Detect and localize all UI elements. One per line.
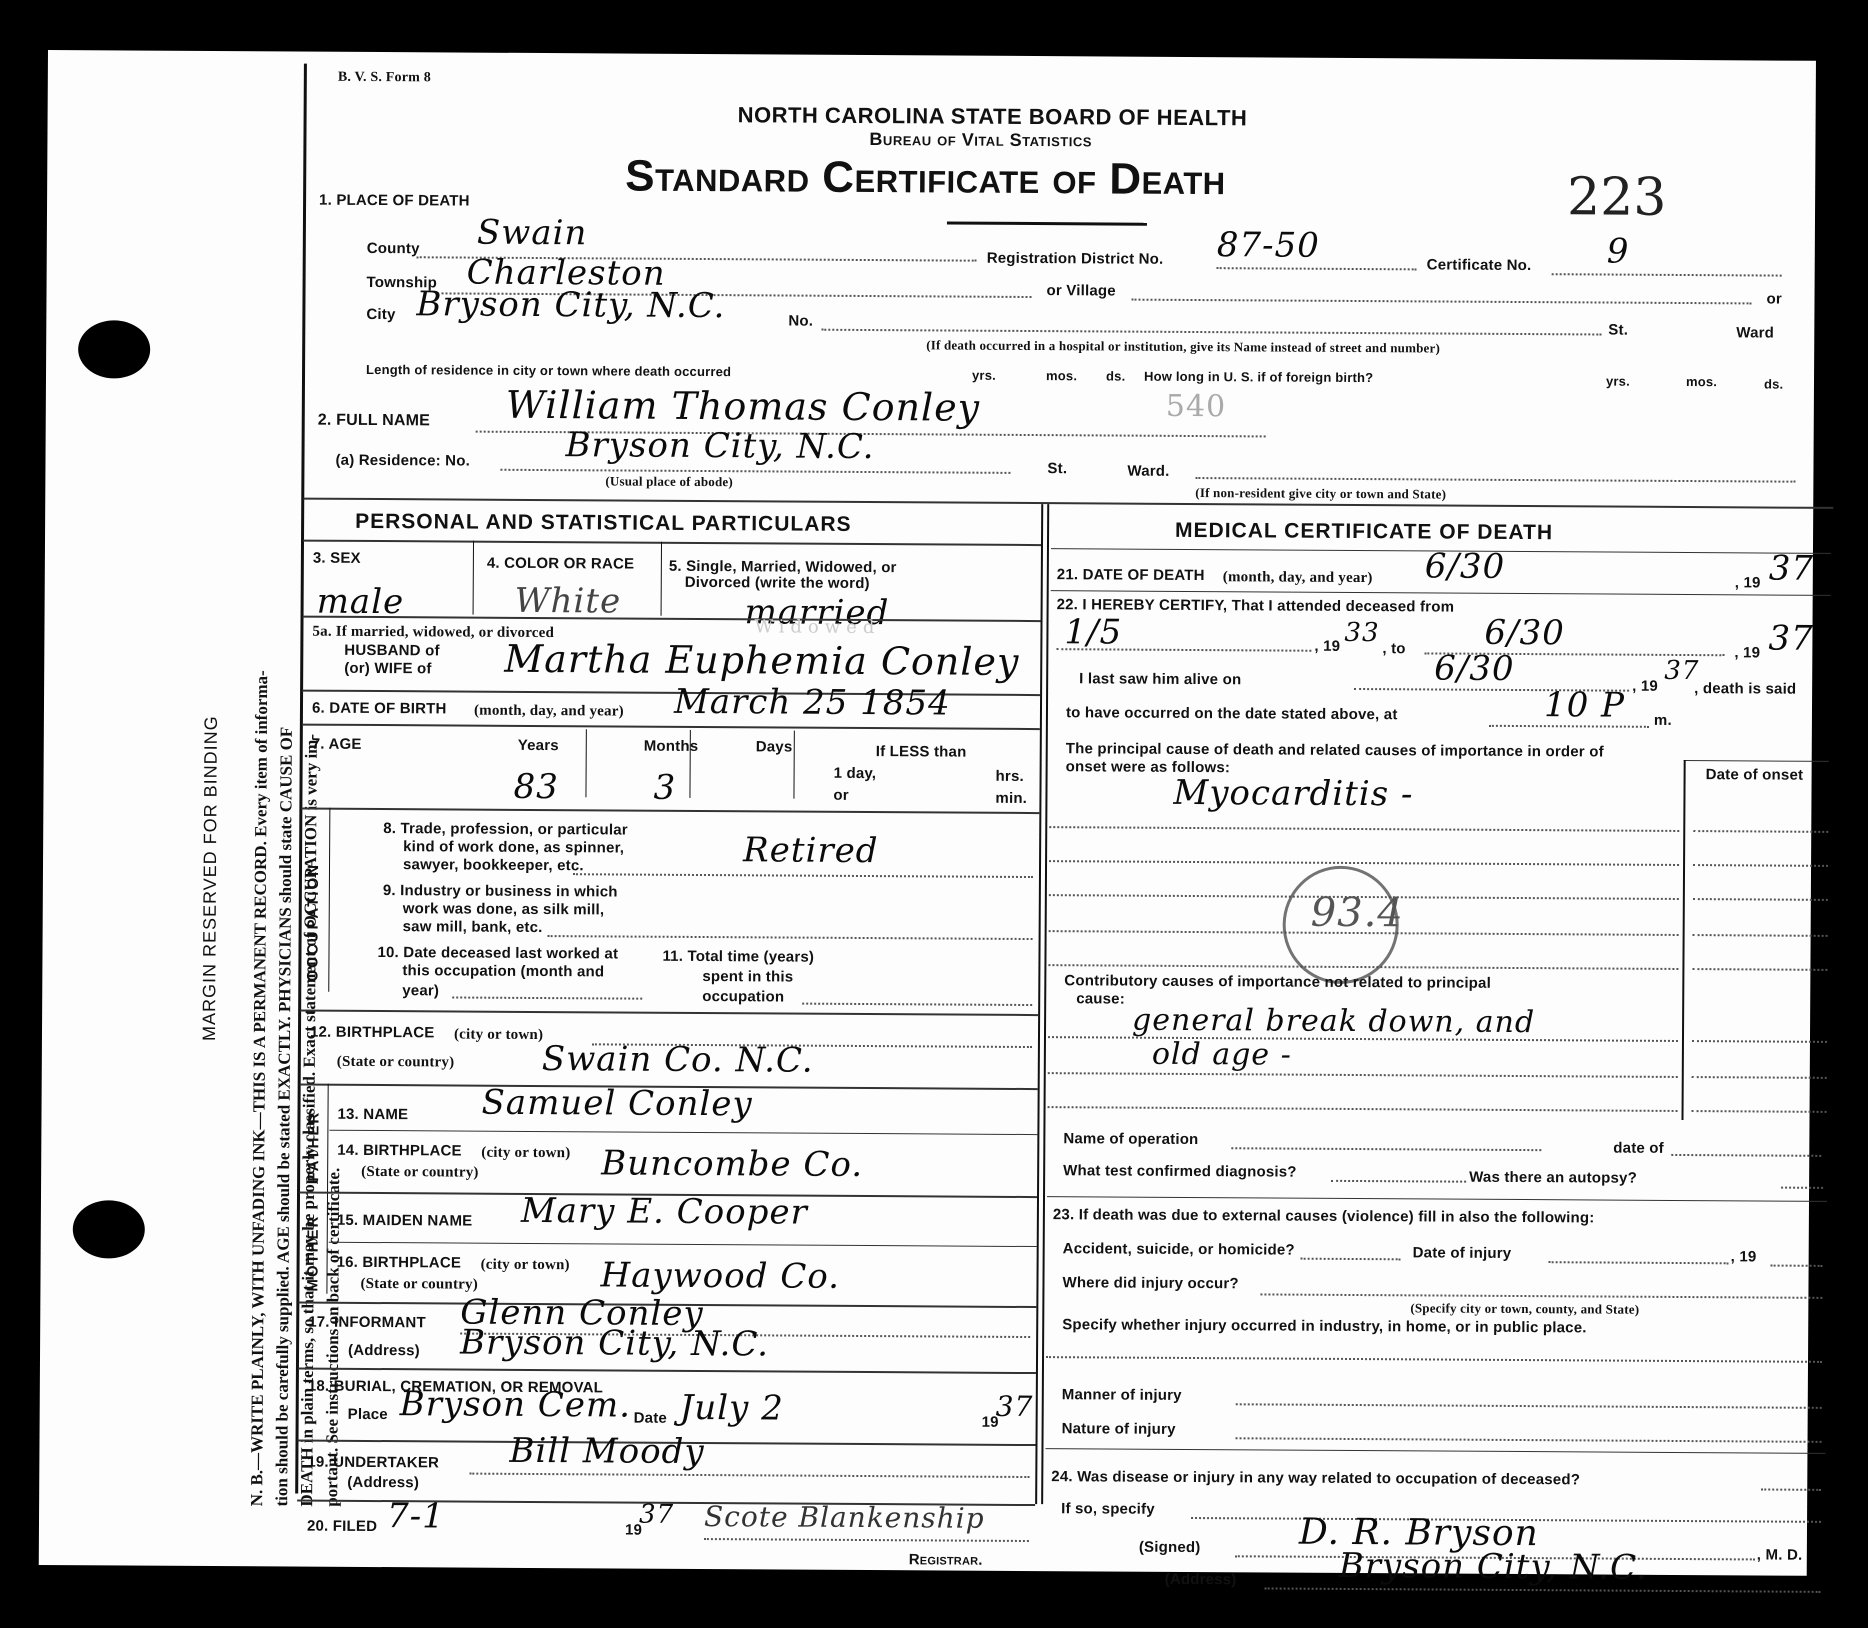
cause-code: 93.4: [1311, 890, 1404, 937]
rule-personal-1: [303, 540, 1041, 547]
onset-line-8: [1692, 1110, 1827, 1113]
mother-bp-state-hint: (State or country): [360, 1276, 478, 1294]
contrib-label-1: Contributory causes of importance not re…: [1064, 972, 1491, 992]
residence-yrs-label: yrs.: [972, 368, 996, 383]
trade-label-3: sawyer, bookkeeper, etc.: [403, 856, 584, 874]
mother-bp-city-hint: (city or town): [481, 1257, 570, 1275]
certificate-title: Standard Certificate of Death: [625, 152, 1226, 206]
operation-line: [1231, 1147, 1541, 1151]
age-col-3: [793, 731, 794, 799]
form-id: B. V. S. Form 8: [338, 70, 431, 87]
trade-label-2: kind of work done, as spinner,: [403, 838, 624, 856]
onset-line-6: [1692, 1040, 1827, 1043]
dob-hint: (month, day, and year): [474, 703, 624, 721]
full-name-annotation: 540: [1166, 389, 1226, 424]
nature-line: [1236, 1437, 1822, 1443]
marital-faint-value: Widowed: [754, 616, 880, 638]
contrib-value-2: old age -: [1152, 1037, 1292, 1073]
time-line: [1489, 725, 1649, 728]
bureau-title: Bureau of Vital Statistics: [869, 129, 1092, 151]
m-label: m.: [1654, 712, 1672, 729]
foreign-mos-label: mos.: [1686, 374, 1717, 389]
registration-district-value: 87-50: [1217, 225, 1320, 266]
totaltime-label-3: occupation: [702, 988, 784, 1006]
center-divider-2: [1041, 504, 1049, 1504]
totaltime-label-2: spent in this: [702, 968, 793, 986]
industry-label-1: 9. Industry or business in which: [383, 882, 618, 900]
race-value: White: [515, 581, 622, 622]
city-value: Bryson City, N.C.: [416, 284, 725, 326]
abode-note: (Usual place of abode): [605, 473, 733, 490]
street-line: [821, 329, 1601, 336]
medical-heading: MEDICAL CERTIFICATE OF DEATH: [1175, 519, 1553, 545]
foreign-yrs-label: yrs.: [1606, 374, 1630, 389]
operation-label: Name of operation: [1063, 1130, 1198, 1148]
residence-ds-label: ds.: [1106, 368, 1125, 383]
where-label: Where did injury occur?: [1062, 1274, 1238, 1292]
foreign-birth-label: How long in U. S. if of foreign birth?: [1144, 369, 1373, 385]
age-label: 7. AGE: [312, 736, 362, 753]
full-name-value: William Thomas Conley: [506, 383, 981, 430]
section-divider: [303, 498, 1833, 509]
industry-line: [548, 935, 1033, 940]
rule-personal-5: [301, 808, 1039, 815]
certificate-no-value: 9: [1607, 232, 1630, 272]
less-than-min: min.: [995, 790, 1027, 807]
hospital-note: (If death occurred in a hospital or inst…: [926, 337, 1440, 356]
onset-line-2: [1693, 864, 1828, 867]
spouse-value: Martha Euphemia Conley: [504, 637, 1019, 684]
less-than-or: or: [833, 787, 849, 804]
lastworked-label-2: this occupation (month and: [402, 962, 604, 980]
dod-hint: (month, day, and year): [1223, 569, 1373, 587]
signed-label: (Signed): [1139, 1539, 1201, 1556]
cause-label-1: The principal cause of death and related…: [1066, 740, 1604, 760]
st-label: St.: [1608, 322, 1628, 339]
burial-place-label: Place: [348, 1406, 388, 1423]
industry-label-2: work was done, as silk mill,: [403, 900, 605, 918]
occupation-question-line: [1761, 1488, 1821, 1490]
mother-bp-value: Haywood Co.: [600, 1255, 840, 1296]
specify-note: (Specify city or town, county, and State…: [1410, 1300, 1639, 1317]
county-value: Swain: [477, 213, 588, 254]
undertaker-label: 19. UNDERTAKER: [307, 1454, 439, 1472]
informant-label: 17. INFORMANT: [308, 1314, 426, 1332]
physician-address-value: Bryson City, N.C.: [1339, 1546, 1648, 1588]
undertaker-address-label: (Address): [347, 1474, 419, 1491]
to-label: , to: [1382, 640, 1405, 657]
test-line: [1331, 1180, 1466, 1183]
residence-label: (a) Residence: No.: [335, 452, 470, 470]
less-than-day: 1 day,: [834, 765, 877, 782]
lastworked-label-3: year): [402, 982, 439, 999]
filed-label: 20. FILED: [307, 1518, 377, 1535]
birthplace-state-hint: (State or country): [337, 1054, 455, 1072]
trade-label-1: 8. Trade, profession, or particular: [383, 820, 628, 838]
dod-year-prefix: , 19: [1735, 574, 1761, 591]
village-label: or Village: [1046, 282, 1115, 299]
place-of-death-label: 1. PLACE OF DEATH: [319, 192, 470, 210]
accident-line: [1301, 1258, 1401, 1261]
agency-title: NORTH CAROLINA STATE BOARD OF HEALTH: [738, 102, 1248, 131]
onset-line-4: [1693, 934, 1828, 937]
village-line: [1131, 299, 1751, 305]
margin-binding-label: MARGIN RESERVED FOR BINDING: [197, 715, 224, 1041]
filed-value: 7-1: [387, 1496, 445, 1536]
contrib-value-1: general break down, and: [1132, 1003, 1535, 1040]
dod-value: 6/30: [1425, 546, 1506, 586]
spouse-label-2: HUSBAND of: [344, 642, 439, 660]
sex-race-divider: [473, 541, 474, 615]
document-viewer: { "form": { "form_id": "B. V. S. Form 8"…: [0, 0, 1868, 1628]
specify-whether-line: [1046, 1356, 1822, 1363]
nonresident-note: (If non-resident give city or town and S…: [1195, 485, 1446, 503]
sex-label: 3. SEX: [313, 550, 361, 567]
dod-label: 21. DATE OF DEATH: [1057, 566, 1205, 584]
industry-label-3: saw mill, bank, etc.: [403, 918, 543, 936]
rule-medical-3: [1047, 1196, 1827, 1202]
filed-year-value: 37: [639, 1500, 674, 1530]
residence-st-label: St.: [1047, 460, 1067, 477]
totaltime-label-1: 11. Total time (years): [662, 948, 814, 966]
nature-label: Nature of injury: [1062, 1420, 1176, 1438]
rule-personal-2: [303, 616, 1041, 623]
age-col-1: [585, 729, 586, 797]
operation-date-label: date of: [1613, 1140, 1664, 1157]
trade-line: [573, 873, 1033, 878]
occupation-vertical-label: OCCUPATION: [304, 863, 322, 982]
undertaker-line: [469, 1473, 1029, 1478]
length-residence-label: Length of residence in city or town wher…: [366, 362, 731, 379]
rule-informant: [298, 1368, 1036, 1375]
burial-place-value: Bryson Cem.: [400, 1384, 632, 1425]
dob-value: March 25 1854: [674, 682, 951, 724]
or-label: or: [1766, 291, 1782, 308]
occupation-side-rule: [328, 808, 330, 992]
operation-date-line: [1671, 1154, 1821, 1157]
test-label: What test confirmed diagnosis?: [1063, 1162, 1297, 1180]
birthplace-city-hint: (city or town): [454, 1026, 543, 1044]
injury-year-line: [1771, 1265, 1823, 1267]
birthplace-label: 12. BIRTHPLACE: [310, 1024, 435, 1042]
spouse-label-3: (or) WIFE of: [344, 660, 431, 678]
where-line: [1260, 1293, 1822, 1298]
undertaker-value: Bill Moody: [509, 1431, 704, 1472]
rule-medical-4: [1045, 1448, 1825, 1454]
injury-year-prefix: , 19: [1731, 1248, 1757, 1265]
title-underline: [947, 221, 1147, 225]
cause-line-2: [1049, 860, 1679, 866]
dob-label: 6. DATE OF BIRTH: [312, 700, 447, 718]
father-bp-state-hint: (State or country): [361, 1164, 479, 1182]
personal-heading: PERSONAL AND STATISTICAL PARTICULARS: [355, 510, 852, 537]
contrib-line-3: [1048, 1106, 1678, 1112]
father-name-label: 13. NAME: [337, 1106, 408, 1123]
to-year-value: 37: [1768, 619, 1814, 659]
onset-divider: [1681, 760, 1685, 1120]
contrib-label-2: cause:: [1076, 990, 1125, 1007]
father-name-value: Samuel Conley: [481, 1083, 752, 1125]
age-years-value: 83: [513, 767, 559, 807]
attended-to-value: 6/30: [1484, 613, 1565, 653]
age-days-label: Days: [756, 738, 793, 755]
city-label: City: [366, 306, 395, 323]
burial-date-label: Date: [634, 1410, 667, 1427]
last-saw-value: 6/30: [1434, 648, 1515, 688]
rule-personal-6: [300, 1010, 1038, 1017]
burial-year-value: 37: [996, 1390, 1034, 1423]
registrar-signature: Scote Blankenship: [704, 1500, 985, 1535]
mother-vertical-label: MOTHER: [304, 1215, 321, 1292]
registrar-label: Registrar.: [909, 1551, 983, 1568]
full-name-label: 2. FULL NAME: [318, 412, 430, 431]
injury-date-line: [1549, 1261, 1729, 1264]
mother-name-label: 15. MAIDEN NAME: [337, 1212, 473, 1230]
physician-address-line: [1265, 1587, 1821, 1592]
external-label: 23. If death was due to external causes …: [1053, 1206, 1595, 1226]
marital-label-2: Divorced (write the word): [685, 574, 870, 592]
mother-bp-label: 16. BIRTHPLACE: [337, 1254, 462, 1272]
cause-line-1: [1049, 826, 1679, 832]
principal-cause-value: Myocarditis -: [1173, 773, 1413, 814]
age-col-2: [689, 730, 690, 798]
registrar-line: [704, 1538, 1029, 1542]
time-value: 10 P: [1544, 685, 1625, 725]
lastworked-line: [452, 996, 642, 999]
no-label: No.: [788, 313, 813, 330]
occupation-question: 24. Was disease or injury in any way rel…: [1051, 1468, 1580, 1488]
trade-value: Retired: [743, 830, 879, 871]
onset-line-3: [1693, 898, 1828, 901]
father-vertical-label: FATHER: [305, 1111, 322, 1182]
specify-whether-label: Specify whether injury occurred in indus…: [1062, 1316, 1587, 1336]
certificate-paper: MARGIN RESERVED FOR BINDING N. B.—WRITE …: [39, 50, 1816, 1576]
less-than-label: If LESS than: [876, 743, 967, 761]
totaltime-line: [802, 1003, 1032, 1006]
onset-line-5: [1692, 968, 1827, 971]
onset-line-7: [1692, 1076, 1827, 1079]
death-said-label: , death is said: [1694, 680, 1796, 698]
mother-name-value: Mary E. Cooper: [521, 1191, 808, 1233]
contrib-line-2: [1048, 1072, 1678, 1078]
residence-mos-label: mos.: [1046, 368, 1077, 383]
race-marital-divider: [661, 542, 662, 616]
residence-ward-label: Ward.: [1127, 463, 1169, 480]
from-year-value: 33: [1344, 618, 1379, 648]
md-label: , M. D.: [1757, 1546, 1803, 1563]
onset-top-rule: [1684, 760, 1829, 762]
from-year-prefix: , 19: [1314, 638, 1340, 655]
certificate-no-label: Certificate No.: [1427, 256, 1532, 274]
residence-line: [500, 469, 1010, 474]
dod-year-value: 37: [1769, 549, 1815, 589]
rule-father-1: [329, 1130, 1037, 1135]
informant-address-value: Bryson City, N.C.: [460, 1323, 769, 1365]
residence-value: Bryson City, N.C.: [565, 425, 874, 467]
rule-mother-1: [329, 1242, 1037, 1247]
last-saw-year-prefix: , 19: [1632, 678, 1658, 695]
manner-line: [1236, 1403, 1822, 1409]
accident-label: Accident, suicide, or homicide?: [1063, 1240, 1295, 1258]
father-bp-label: 14. BIRTHPLACE: [337, 1142, 462, 1160]
manner-label: Manner of injury: [1062, 1386, 1182, 1404]
certificate-no-line: [1552, 273, 1782, 276]
onset-line-1: [1693, 830, 1828, 833]
lastworked-label-1: 10. Date deceased last worked at: [377, 944, 618, 962]
autopsy-line: [1781, 1187, 1823, 1189]
stamp-number: 223: [1567, 167, 1667, 228]
rule-medical-2: [1051, 590, 1831, 596]
if-so-label: If so, specify: [1061, 1500, 1155, 1518]
age-years-label: Years: [518, 737, 559, 754]
county-label: County: [367, 240, 420, 257]
injury-date-label: Date of injury: [1413, 1244, 1512, 1262]
rule-personal-4: [302, 724, 1040, 731]
foreign-ds-label: ds.: [1764, 376, 1783, 391]
less-than-hrs: hrs.: [996, 768, 1024, 785]
birthplace-value: Swain Co. N.C.: [542, 1039, 814, 1081]
physician-address-label: (Address): [1165, 1571, 1237, 1588]
burial-date-value: July 2: [680, 1388, 784, 1429]
occurred-label: to have occurred on the date stated abov…: [1066, 704, 1398, 723]
attended-from-value: 1/5: [1064, 612, 1122, 652]
binder-hole-top: [78, 320, 150, 378]
father-bp-value: Buncombe Co.: [601, 1143, 863, 1185]
race-label: 4. COLOR OR RACE: [487, 555, 634, 573]
age-months-value: 3: [653, 768, 676, 808]
ward-label: Ward: [1736, 324, 1774, 341]
father-bp-city-hint: (city or town): [481, 1145, 570, 1163]
autopsy-label: Was there an autopsy?: [1469, 1169, 1637, 1187]
onset-label: Date of onset: [1706, 766, 1804, 784]
registration-district-label: Registration District No.: [987, 250, 1164, 268]
binder-hole-bottom: [73, 1200, 145, 1258]
to-year-prefix: , 19: [1734, 644, 1760, 661]
informant-address-label: (Address): [348, 1342, 420, 1359]
registration-line: [1217, 267, 1417, 270]
nonresident-line: [1195, 477, 1795, 483]
last-saw-label: I last saw him alive on: [1079, 670, 1241, 688]
